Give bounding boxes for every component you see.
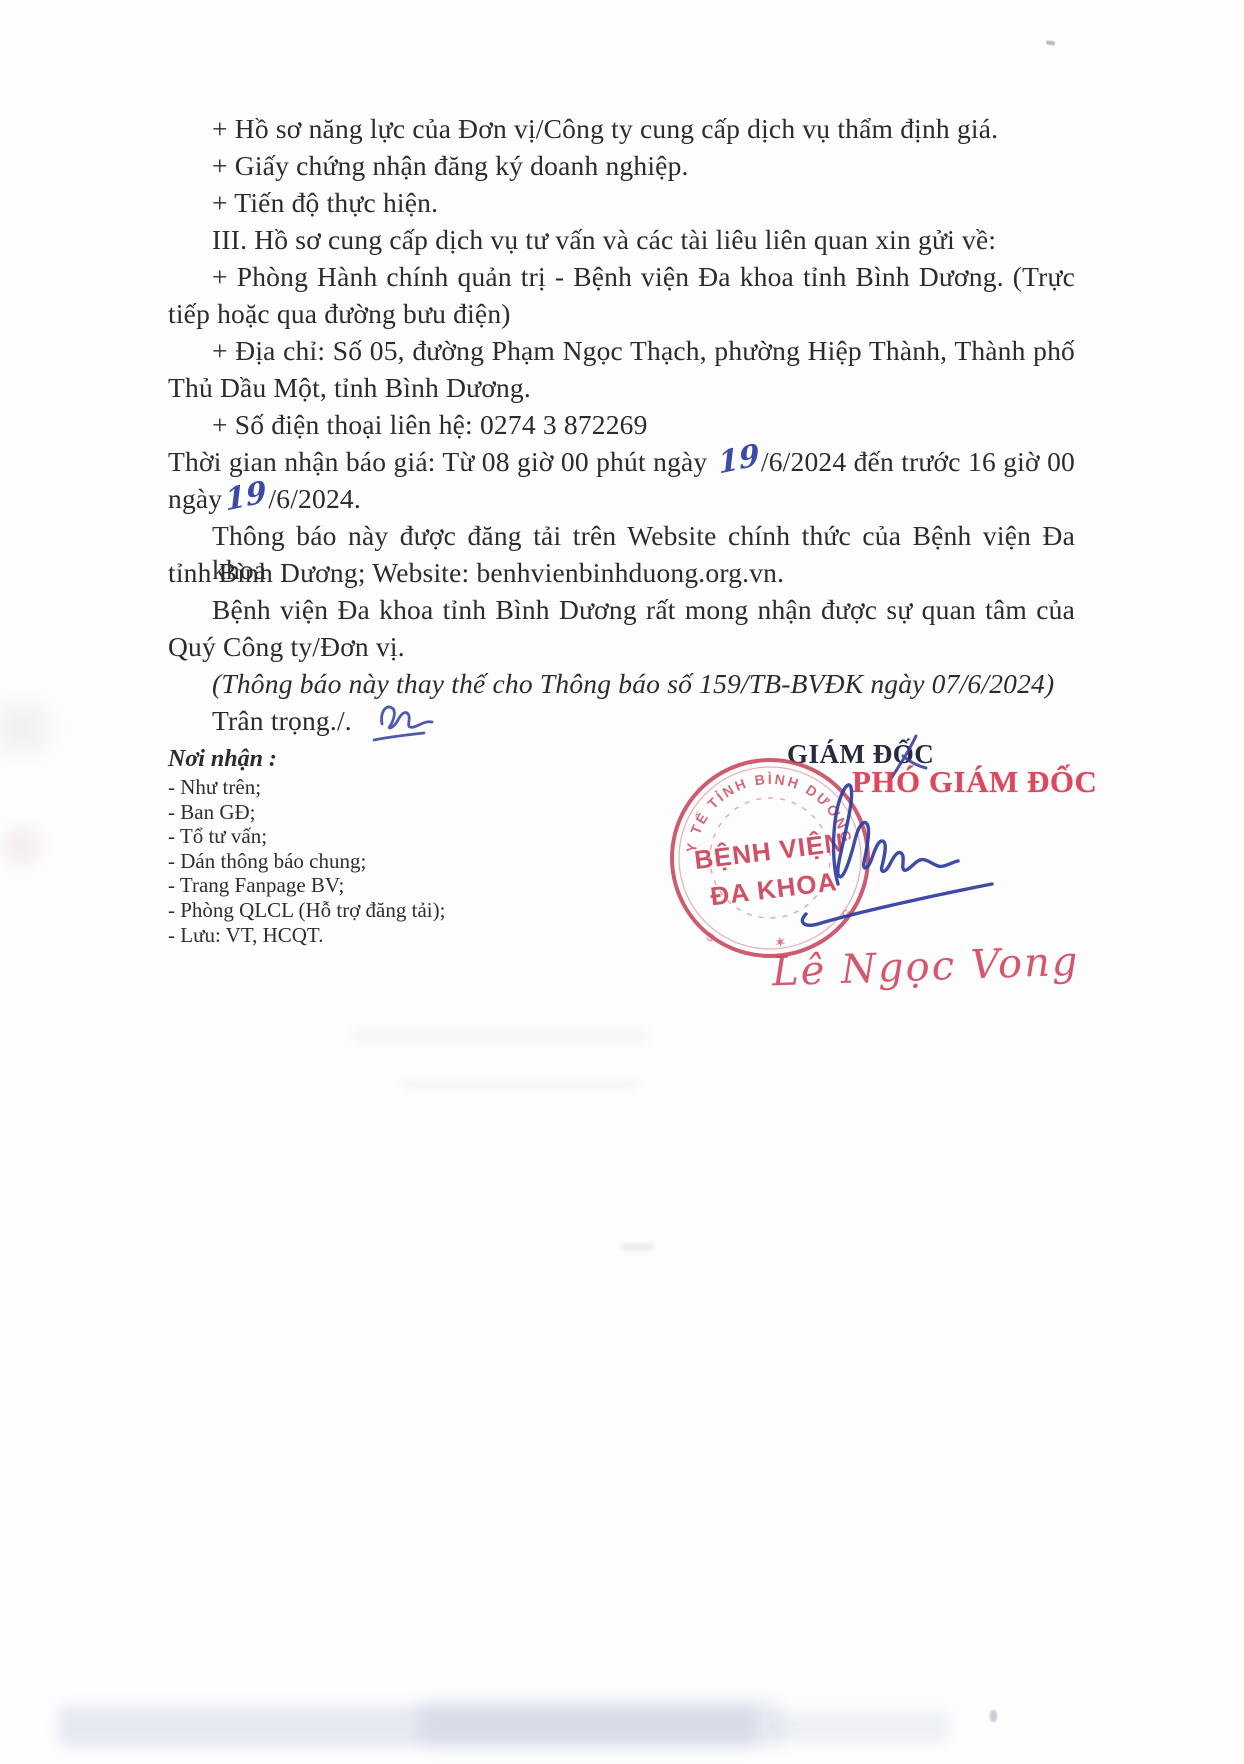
- bleed-through-dot: [990, 1710, 997, 1722]
- time2-text-after: /6/2024.: [268, 483, 361, 514]
- bleed-through-band: [58, 1706, 758, 1746]
- recipients-list: - Như trên; - Ban GĐ; - Tổ tư vấn; - Dán…: [168, 775, 445, 947]
- body-line-website-2: tỉnh Bình Dương; Website: benhvienbinhdu…: [168, 556, 1075, 590]
- body-line-time-2: ngày19/6/2024.: [168, 482, 1075, 516]
- bleed-through-band: [420, 1700, 780, 1746]
- scan-smudge: [0, 688, 66, 768]
- time-text-before: Thời gian nhận báo giá: Từ 08 giờ 00 phú…: [168, 446, 715, 477]
- recipient-item: - Lưu: VT, HCQT.: [168, 923, 445, 948]
- recipient-item: - Phòng QLCL (Hỗ trợ đăng tải);: [168, 898, 445, 923]
- body-line-time-1: Thời gian nhận báo giá: Từ 08 giờ 00 phú…: [168, 445, 1075, 479]
- scanned-letter-page: + Hồ sơ năng lực của Đơn vị/Công ty cung…: [0, 0, 1244, 1764]
- scan-speck: [1046, 40, 1056, 46]
- handwritten-initial: [368, 698, 448, 748]
- body-line-thanks-2: Quý Công ty/Đơn vị.: [168, 630, 1075, 664]
- recipient-item: - Tổ tư vấn;: [168, 824, 445, 849]
- handwritten-initial-icon: [368, 698, 448, 748]
- body-line-thanks-1: Bệnh viện Đa khoa tỉnh Bình Dương rất mo…: [168, 593, 1075, 627]
- recipient-item: - Như trên;: [168, 775, 445, 800]
- body-line-replacement-note: (Thông báo này thay thế cho Thông báo số…: [168, 667, 1075, 701]
- time-text-after: /6/2024 đến trước 16 giờ 00: [761, 446, 1075, 477]
- body-line-capability: + Hồ sơ năng lực của Đơn vị/Công ty cung…: [168, 112, 1075, 146]
- director-signature: [770, 770, 1030, 930]
- recipient-item: - Dán thông báo chung;: [168, 849, 445, 874]
- signature-ink-icon: [770, 770, 1030, 930]
- body-line-phone: + Số điện thoại liên hệ: 0274 3 872269: [168, 408, 1075, 442]
- body-line-address-1: + Địa chỉ: Số 05, đường Phạm Ngọc Thạch,…: [168, 334, 1075, 368]
- body-line-section-iii: III. Hồ sơ cung cấp dịch vụ tư vấn và cá…: [168, 223, 1075, 257]
- recipient-item: - Trang Fanpage BV;: [168, 873, 445, 898]
- ghost-text-band: [350, 1028, 650, 1044]
- body-line-certificate: + Giấy chứng nhận đăng ký doanh nghiệp.: [168, 149, 1075, 183]
- scan-smudge: [0, 818, 52, 874]
- time2-text-before: ngày: [168, 483, 222, 514]
- body-line-office-1: + Phòng Hành chính quản trị - Bệnh viện …: [168, 260, 1075, 294]
- handwritten-day-19: 19: [717, 438, 761, 481]
- ghost-text-band: [400, 1078, 640, 1092]
- body-line-office-2: tiếp hoặc qua đường bưu điện): [168, 297, 1075, 331]
- recipients-heading: Nơi nhận :: [168, 746, 277, 773]
- handwritten-day-19-b: 19: [225, 475, 269, 518]
- recipient-item: - Ban GĐ;: [168, 800, 445, 825]
- body-line-address-2: Thủ Dầu Một, tỉnh Bình Dương.: [168, 371, 1075, 405]
- ghost-text-band: [620, 1243, 654, 1251]
- body-line-progress: + Tiến độ thực hiện.: [168, 186, 1075, 220]
- signer-name: Lê Ngọc Vong: [771, 939, 1080, 996]
- bleed-through-band: [770, 1712, 950, 1742]
